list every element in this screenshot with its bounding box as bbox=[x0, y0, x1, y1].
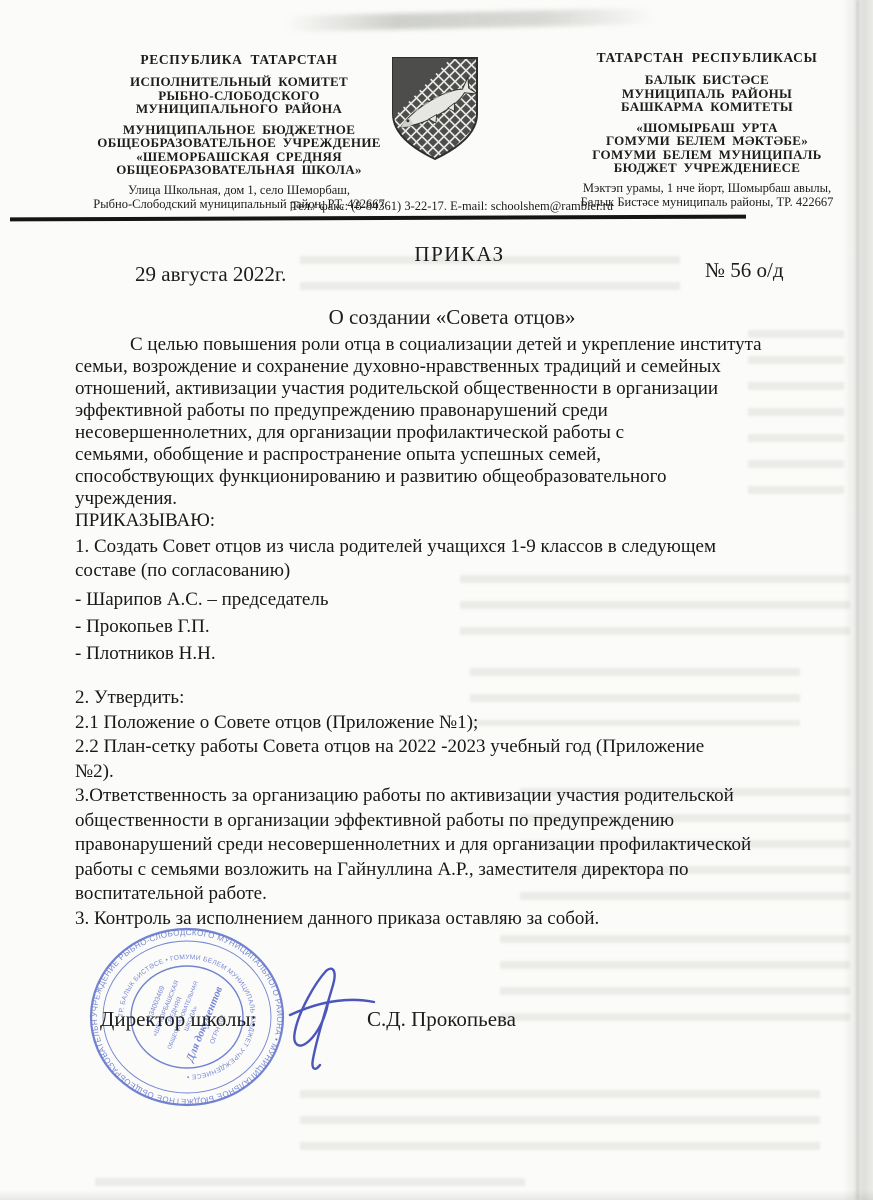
bleed-through-artifact bbox=[300, 1090, 820, 1160]
order-item-1: 1. Создать Совет отцов из числа родителе… bbox=[75, 535, 860, 583]
executive-committee-ru: ИСПОЛНИТЕЛЬНЫЙ КОМИТЕТ РЫБНО-СЛОБОДСКОГО… bbox=[80, 75, 398, 116]
republic-name-ru: РЕСПУБЛИКА ТАТАРСТАН bbox=[80, 52, 398, 68]
scan-smudge-artifact bbox=[285, 8, 655, 32]
bleed-through-artifact bbox=[500, 935, 850, 1023]
order-subject: О создании «Совета отцов» bbox=[72, 305, 832, 330]
order-date: 29 августа 2022г. bbox=[135, 262, 286, 287]
contact-line: Тел./ факс: (8-84361) 3-22-17. E-mail: s… bbox=[237, 199, 667, 214]
order-item-3: 3.Ответственность за организацию работы … bbox=[75, 784, 860, 907]
header-divider-rule bbox=[10, 215, 746, 222]
school-name-ru: МУНИЦИПАЛЬНОЕ БЮДЖЕТНОЕ ОБЩЕОБРАЗОВАТЕЛЬ… bbox=[80, 123, 398, 177]
order-council-members: - Шарипов А.С. – председатель - Прокопье… bbox=[75, 586, 860, 667]
republic-name-tt: ТАТАРСТАН РЕСПУБЛИКАСЫ bbox=[548, 50, 866, 66]
letterhead-right-tatar: ТАТАРСТАН РЕСПУБЛИКАСЫ БАЛЫК БИСТӘСЕ МУН… bbox=[548, 50, 866, 210]
order-preamble: С целью повышения роли отца в социализац… bbox=[75, 334, 860, 510]
scanned-order-document: РЕСПУБЛИКА ТАТАРСТАН ИСПОЛНИТЕЛЬНЫЙ КОМИ… bbox=[0, 0, 873, 1200]
order-number: № 56 о/д bbox=[705, 258, 784, 283]
order-directive-word: ПРИКАЗЫВАЮ: bbox=[75, 510, 860, 532]
signature-name: С.Д. Прокопьева bbox=[367, 1007, 516, 1032]
executive-committee-tt: БАЛЫК БИСТӘСЕ МУНИЦИПАЛЬ РАЙОНЫ БАШКАРМА… bbox=[548, 73, 866, 114]
director-signature-ink bbox=[278, 963, 378, 1080]
scan-bottom-shadow bbox=[0, 1190, 873, 1200]
signature-role-label: Директор школы: bbox=[100, 1007, 256, 1032]
school-name-tt: «ШОМЫРБАШ УРТА ГОМУМИ БЕЛЕМ МӘКТӘБЕ» ГОМ… bbox=[548, 121, 866, 175]
rybnaya-sloboda-coat-of-arms-icon bbox=[389, 54, 481, 169]
order-item-2: 2. Утвердить: 2.1 Положение о Совете отц… bbox=[75, 686, 860, 784]
order-body: С целью повышения роли отца в социализац… bbox=[75, 334, 860, 931]
letterhead-left-russian: РЕСПУБЛИКА ТАТАРСТАН ИСПОЛНИТЕЛЬНЫЙ КОМИ… bbox=[80, 52, 398, 212]
